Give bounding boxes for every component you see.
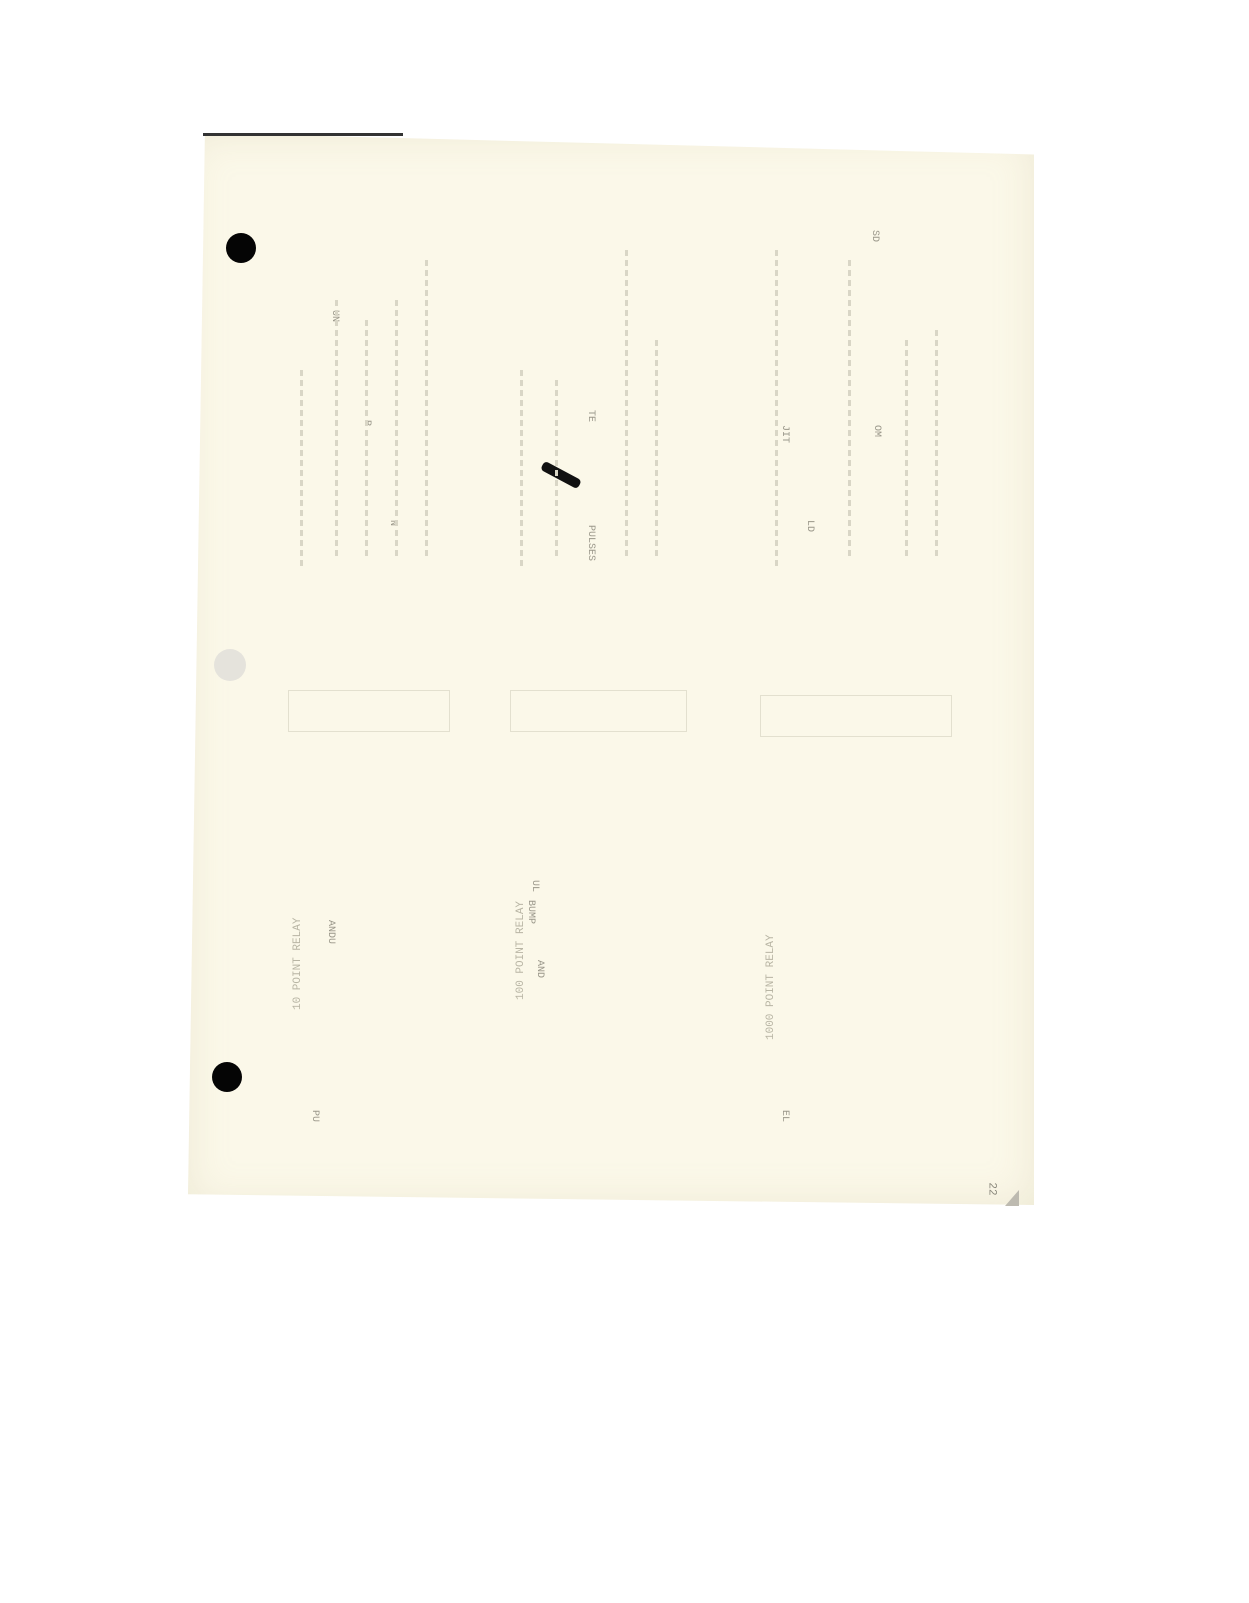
page-corner: [1005, 1190, 1019, 1206]
text-line: [775, 250, 778, 570]
relay-table-3: [760, 695, 952, 737]
fragment: BUMP: [525, 900, 536, 924]
fragment: EL: [779, 1110, 790, 1122]
text-line: [425, 260, 428, 560]
text-line: [625, 250, 628, 560]
fragment: LD: [804, 520, 815, 532]
section-heading-3: 1000 POINT RELAY: [765, 934, 777, 1040]
text-line: [555, 380, 558, 560]
fragment: OM: [871, 425, 882, 437]
relay-table-1: [288, 690, 450, 732]
text-line: [848, 260, 851, 560]
section-heading-1: 10 POINT RELAY: [292, 918, 304, 1010]
text-line: [300, 370, 303, 570]
fragment: PU: [309, 1110, 320, 1122]
fragment: PULSES: [585, 525, 596, 561]
text-line: [395, 300, 398, 560]
page-top-edge: [203, 133, 403, 136]
text-line: [655, 340, 658, 560]
fragment: UL: [529, 880, 540, 892]
text-line: [520, 370, 523, 570]
relay-table-2: [510, 690, 687, 732]
punch-hole-middle: [214, 649, 246, 681]
text-line: [905, 340, 908, 560]
fragment: ANDU: [325, 920, 336, 944]
fragment: TE: [585, 410, 596, 422]
text-line: [335, 300, 338, 560]
scanned-page: [188, 133, 1034, 1205]
punch-hole-bottom: [212, 1062, 242, 1092]
fragment: JIT: [779, 425, 790, 443]
punch-hole-top: [226, 233, 256, 263]
fragment: AND: [534, 960, 545, 978]
text-line: [365, 320, 368, 560]
fragment: SD: [869, 230, 880, 242]
page-number: 22: [986, 1182, 998, 1195]
text-line: [935, 330, 938, 560]
